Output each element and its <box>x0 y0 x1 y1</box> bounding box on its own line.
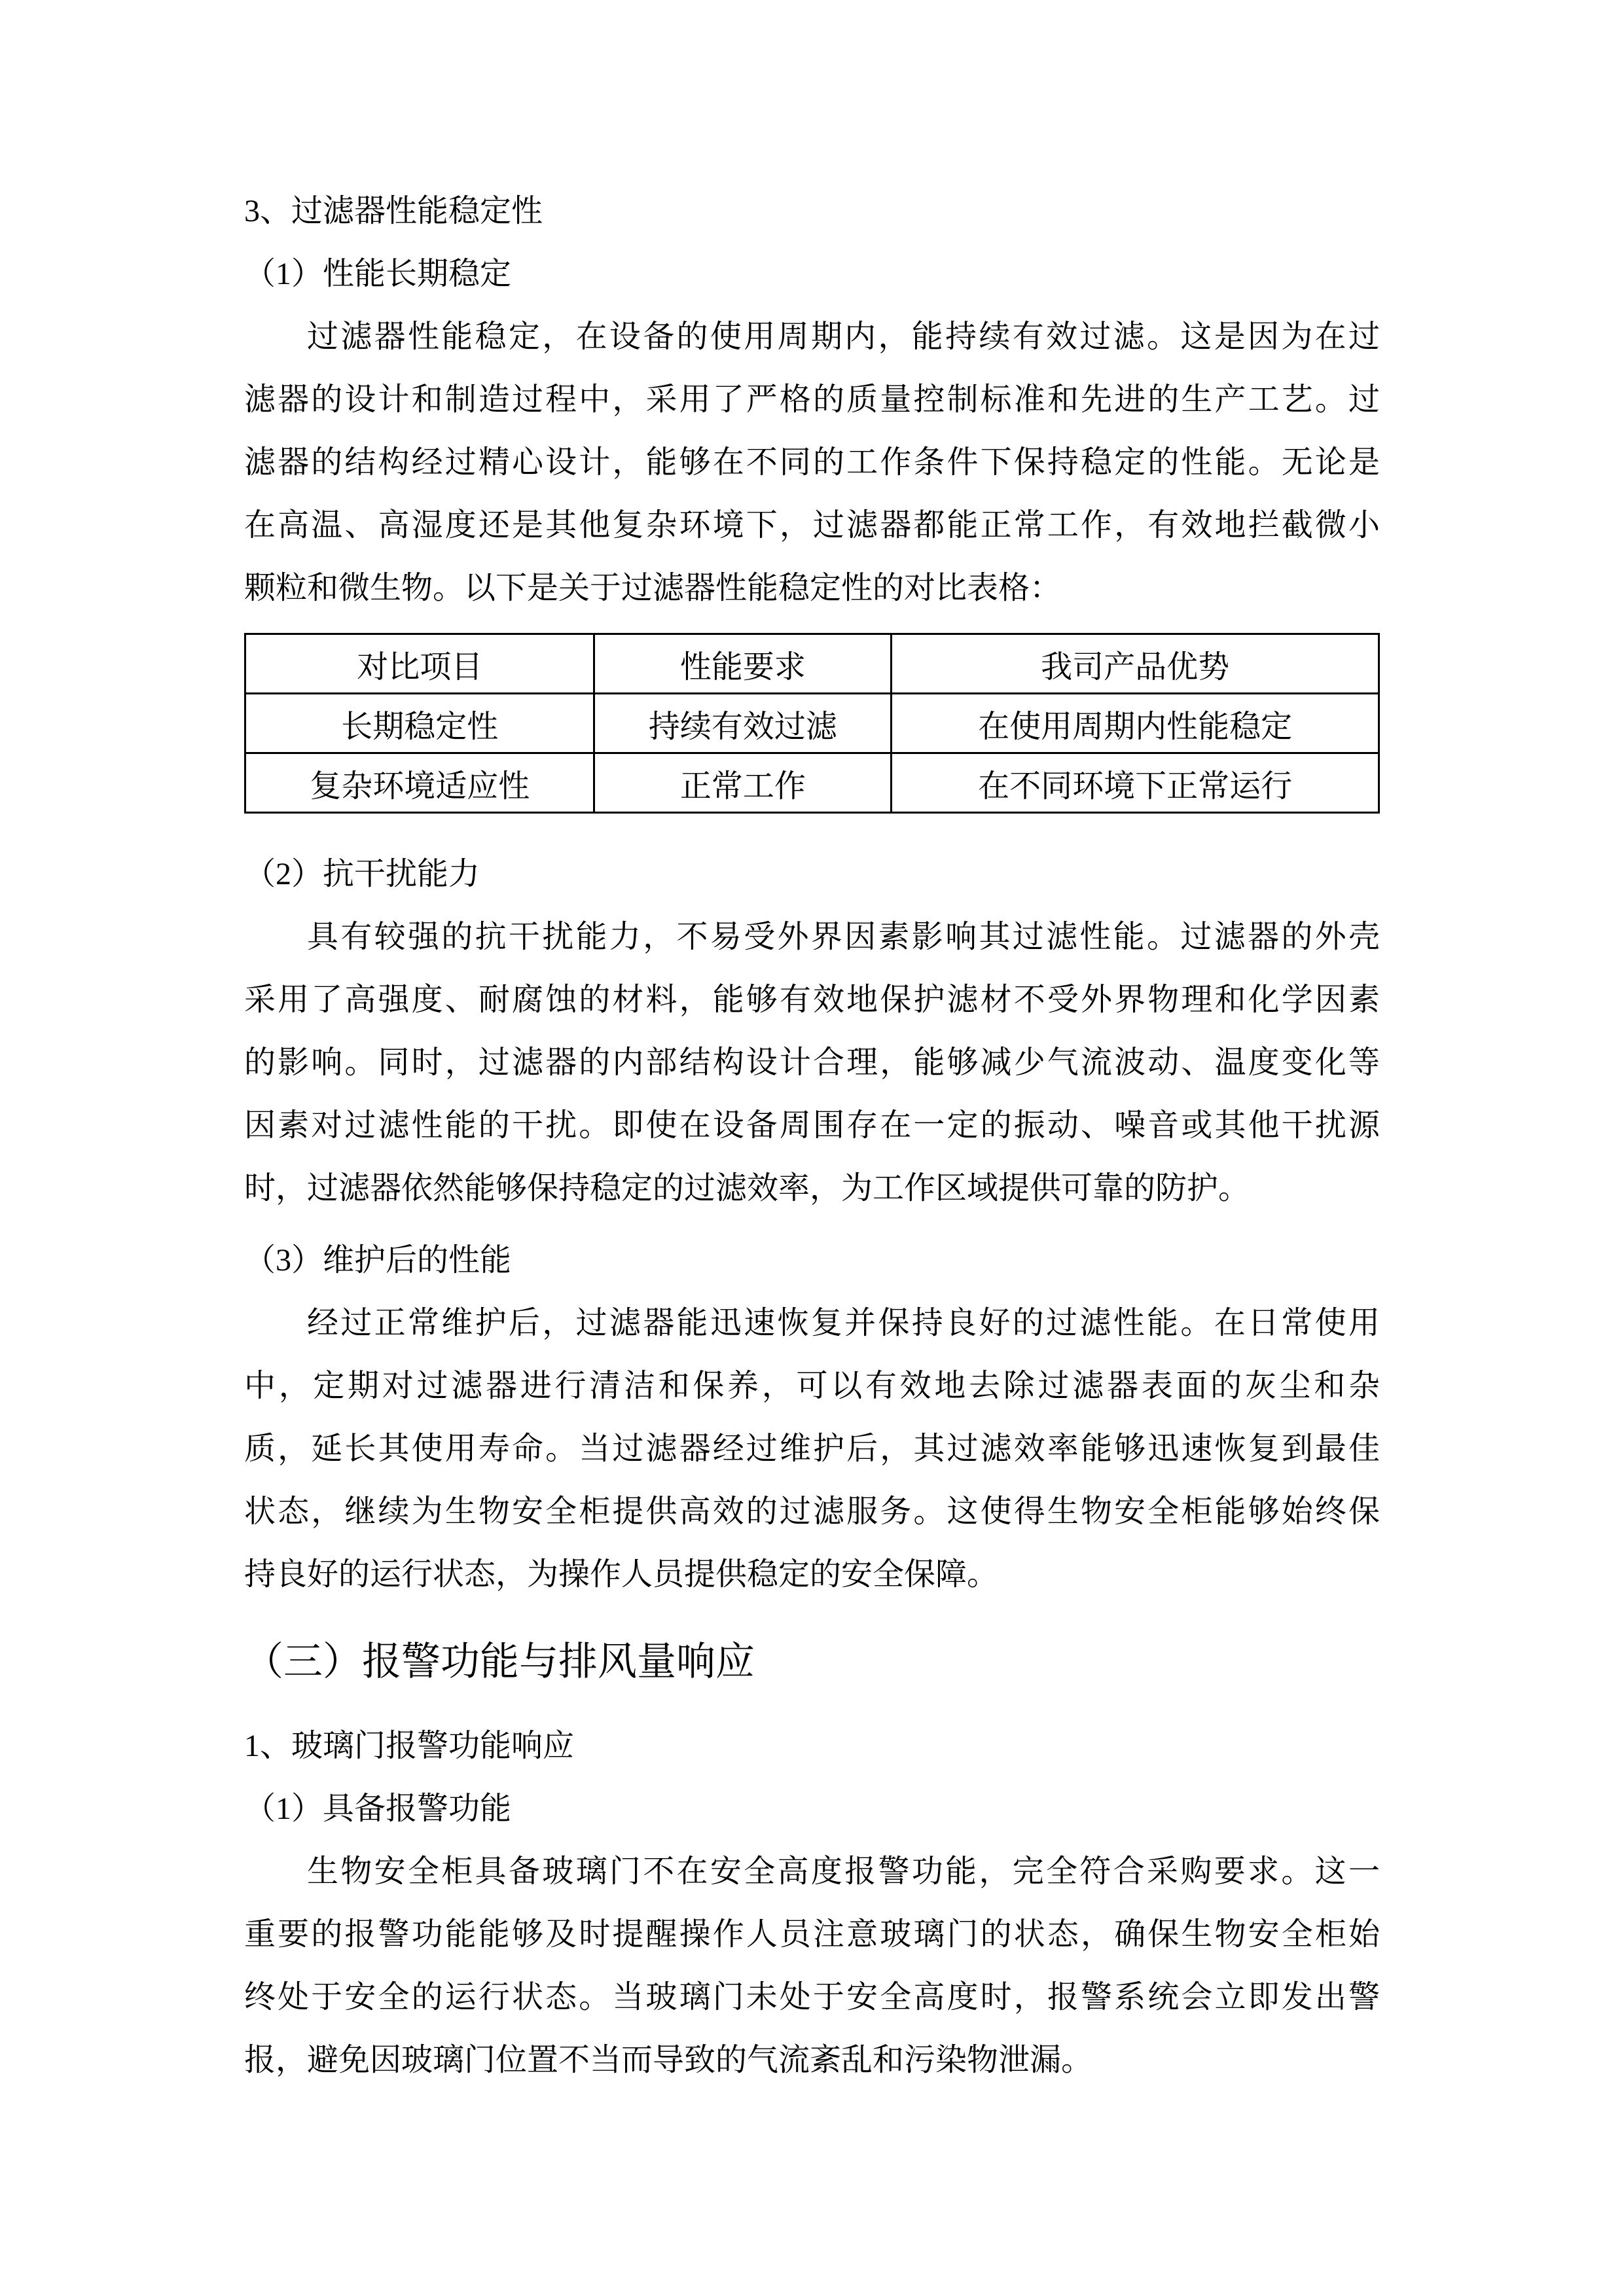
paragraph-line: 重要的报警功能能够及时提醒操作人员注意玻璃门的状态，确保生物安全柜始 <box>244 1903 1380 1966</box>
paragraph-line: 在高温、高湿度还是其他复杂环境下，过滤器都能正常工作，有效地拦截微小 <box>244 494 1380 557</box>
section-heading-alarm-exhaust: （三）报警功能与排风量响应 <box>244 1626 1380 1698</box>
table-cell: 在不同环境下正常运行 <box>892 753 1379 813</box>
comparison-table: 对比项目 性能要求 我司产品优势 长期稳定性 持续有效过滤 在使用周期内性能稳定… <box>244 633 1380 814</box>
table-cell: 在使用周期内性能稳定 <box>892 694 1379 753</box>
paragraph-line: 状态，继续为生物安全柜提供高效的过滤服务。这使得生物安全柜能够始终保 <box>244 1480 1380 1543</box>
table-row: 长期稳定性 持续有效过滤 在使用周期内性能稳定 <box>245 694 1379 753</box>
table-header-cell: 对比项目 <box>245 634 594 694</box>
paragraph-line: 采用了高强度、耐腐蚀的材料，能够有效地保护滤材不受外界物理和化学因素 <box>244 969 1380 1031</box>
paragraph-line: 持良好的运行状态，为操作人员提供稳定的安全保障。 <box>244 1543 1380 1606</box>
table-cell: 正常工作 <box>594 753 892 813</box>
sub-heading-post-maintenance: （3）维护后的性能 <box>244 1229 1380 1292</box>
paragraph-filter-stability: 过滤器性能稳定，在设备的使用周期内，能持续有效过滤。这是因为在过 滤器的设计和制… <box>244 306 1380 620</box>
paragraph-line: 时，过滤器依然能够保持稳定的过滤效率，为工作区域提供可靠的防护。 <box>244 1157 1380 1220</box>
numbered-heading-filter-stability: 3、过滤器性能稳定性 <box>244 180 1380 243</box>
paragraph-line: 终处于安全的运行状态。当玻璃门未处于安全高度时，报警系统会立即发出警 <box>244 1966 1380 2029</box>
sub-heading-long-term-stability: （1）性能长期稳定 <box>244 243 1380 306</box>
table-row: 复杂环境适应性 正常工作 在不同环境下正常运行 <box>245 753 1379 813</box>
document-page: 3、过滤器性能稳定性 （1）性能长期稳定 过滤器性能稳定，在设备的使用周期内，能… <box>0 0 1624 2296</box>
paragraph-line: 具有较强的抗干扰能力，不易受外界因素影响其过滤性能。过滤器的外壳 <box>244 906 1380 969</box>
table-header-cell: 我司产品优势 <box>892 634 1379 694</box>
table-header-cell: 性能要求 <box>594 634 892 694</box>
paragraph-line: 滤器的设计和制造过程中，采用了严格的质量控制标准和先进的生产工艺。过 <box>244 368 1380 431</box>
paragraph-line: 质，延长其使用寿命。当过滤器经过维护后，其过滤效率能够迅速恢复到最佳 <box>244 1418 1380 1480</box>
numbered-heading-glass-door-alarm: 1、玻璃门报警功能响应 <box>244 1715 1380 1778</box>
sub-heading-alarm-capability: （1）具备报警功能 <box>244 1778 1380 1840</box>
sub-heading-anti-interference: （2）抗干扰能力 <box>244 843 1380 906</box>
paragraph-line: 报，避免因玻璃门位置不当而导致的气流紊乱和污染物泄漏。 <box>244 2029 1380 2092</box>
paragraph-line: 生物安全柜具备玻璃门不在安全高度报警功能，完全符合采购要求。这一 <box>244 1840 1380 1903</box>
table-cell: 持续有效过滤 <box>594 694 892 753</box>
paragraph-post-maintenance: 经过正常维护后，过滤器能迅速恢复并保持良好的过滤性能。在日常使用 中，定期对过滤… <box>244 1292 1380 1606</box>
paragraph-line: 的影响。同时，过滤器的内部结构设计合理，能够减少气流波动、温度变化等 <box>244 1031 1380 1094</box>
paragraph-line: 因素对过滤性能的干扰。即使在设备周围存在一定的振动、噪音或其他干扰源 <box>244 1094 1380 1157</box>
paragraph-line: 经过正常维护后，过滤器能迅速恢复并保持良好的过滤性能。在日常使用 <box>244 1292 1380 1355</box>
paragraph-line: 过滤器性能稳定，在设备的使用周期内，能持续有效过滤。这是因为在过 <box>244 306 1380 368</box>
paragraph-line: 颗粒和微生物。以下是关于过滤器性能稳定性的对比表格： <box>244 557 1380 620</box>
paragraph-anti-interference: 具有较强的抗干扰能力，不易受外界因素影响其过滤性能。过滤器的外壳 采用了高强度、… <box>244 906 1380 1220</box>
table-header-row: 对比项目 性能要求 我司产品优势 <box>245 634 1379 694</box>
paragraph-line: 中，定期对过滤器进行清洁和保养，可以有效地去除过滤器表面的灰尘和杂 <box>244 1355 1380 1418</box>
paragraph-line: 滤器的结构经过精心设计，能够在不同的工作条件下保持稳定的性能。无论是 <box>244 431 1380 494</box>
table-cell: 长期稳定性 <box>245 694 594 753</box>
table-cell: 复杂环境适应性 <box>245 753 594 813</box>
paragraph-alarm-capability: 生物安全柜具备玻璃门不在安全高度报警功能，完全符合采购要求。这一 重要的报警功能… <box>244 1840 1380 2092</box>
